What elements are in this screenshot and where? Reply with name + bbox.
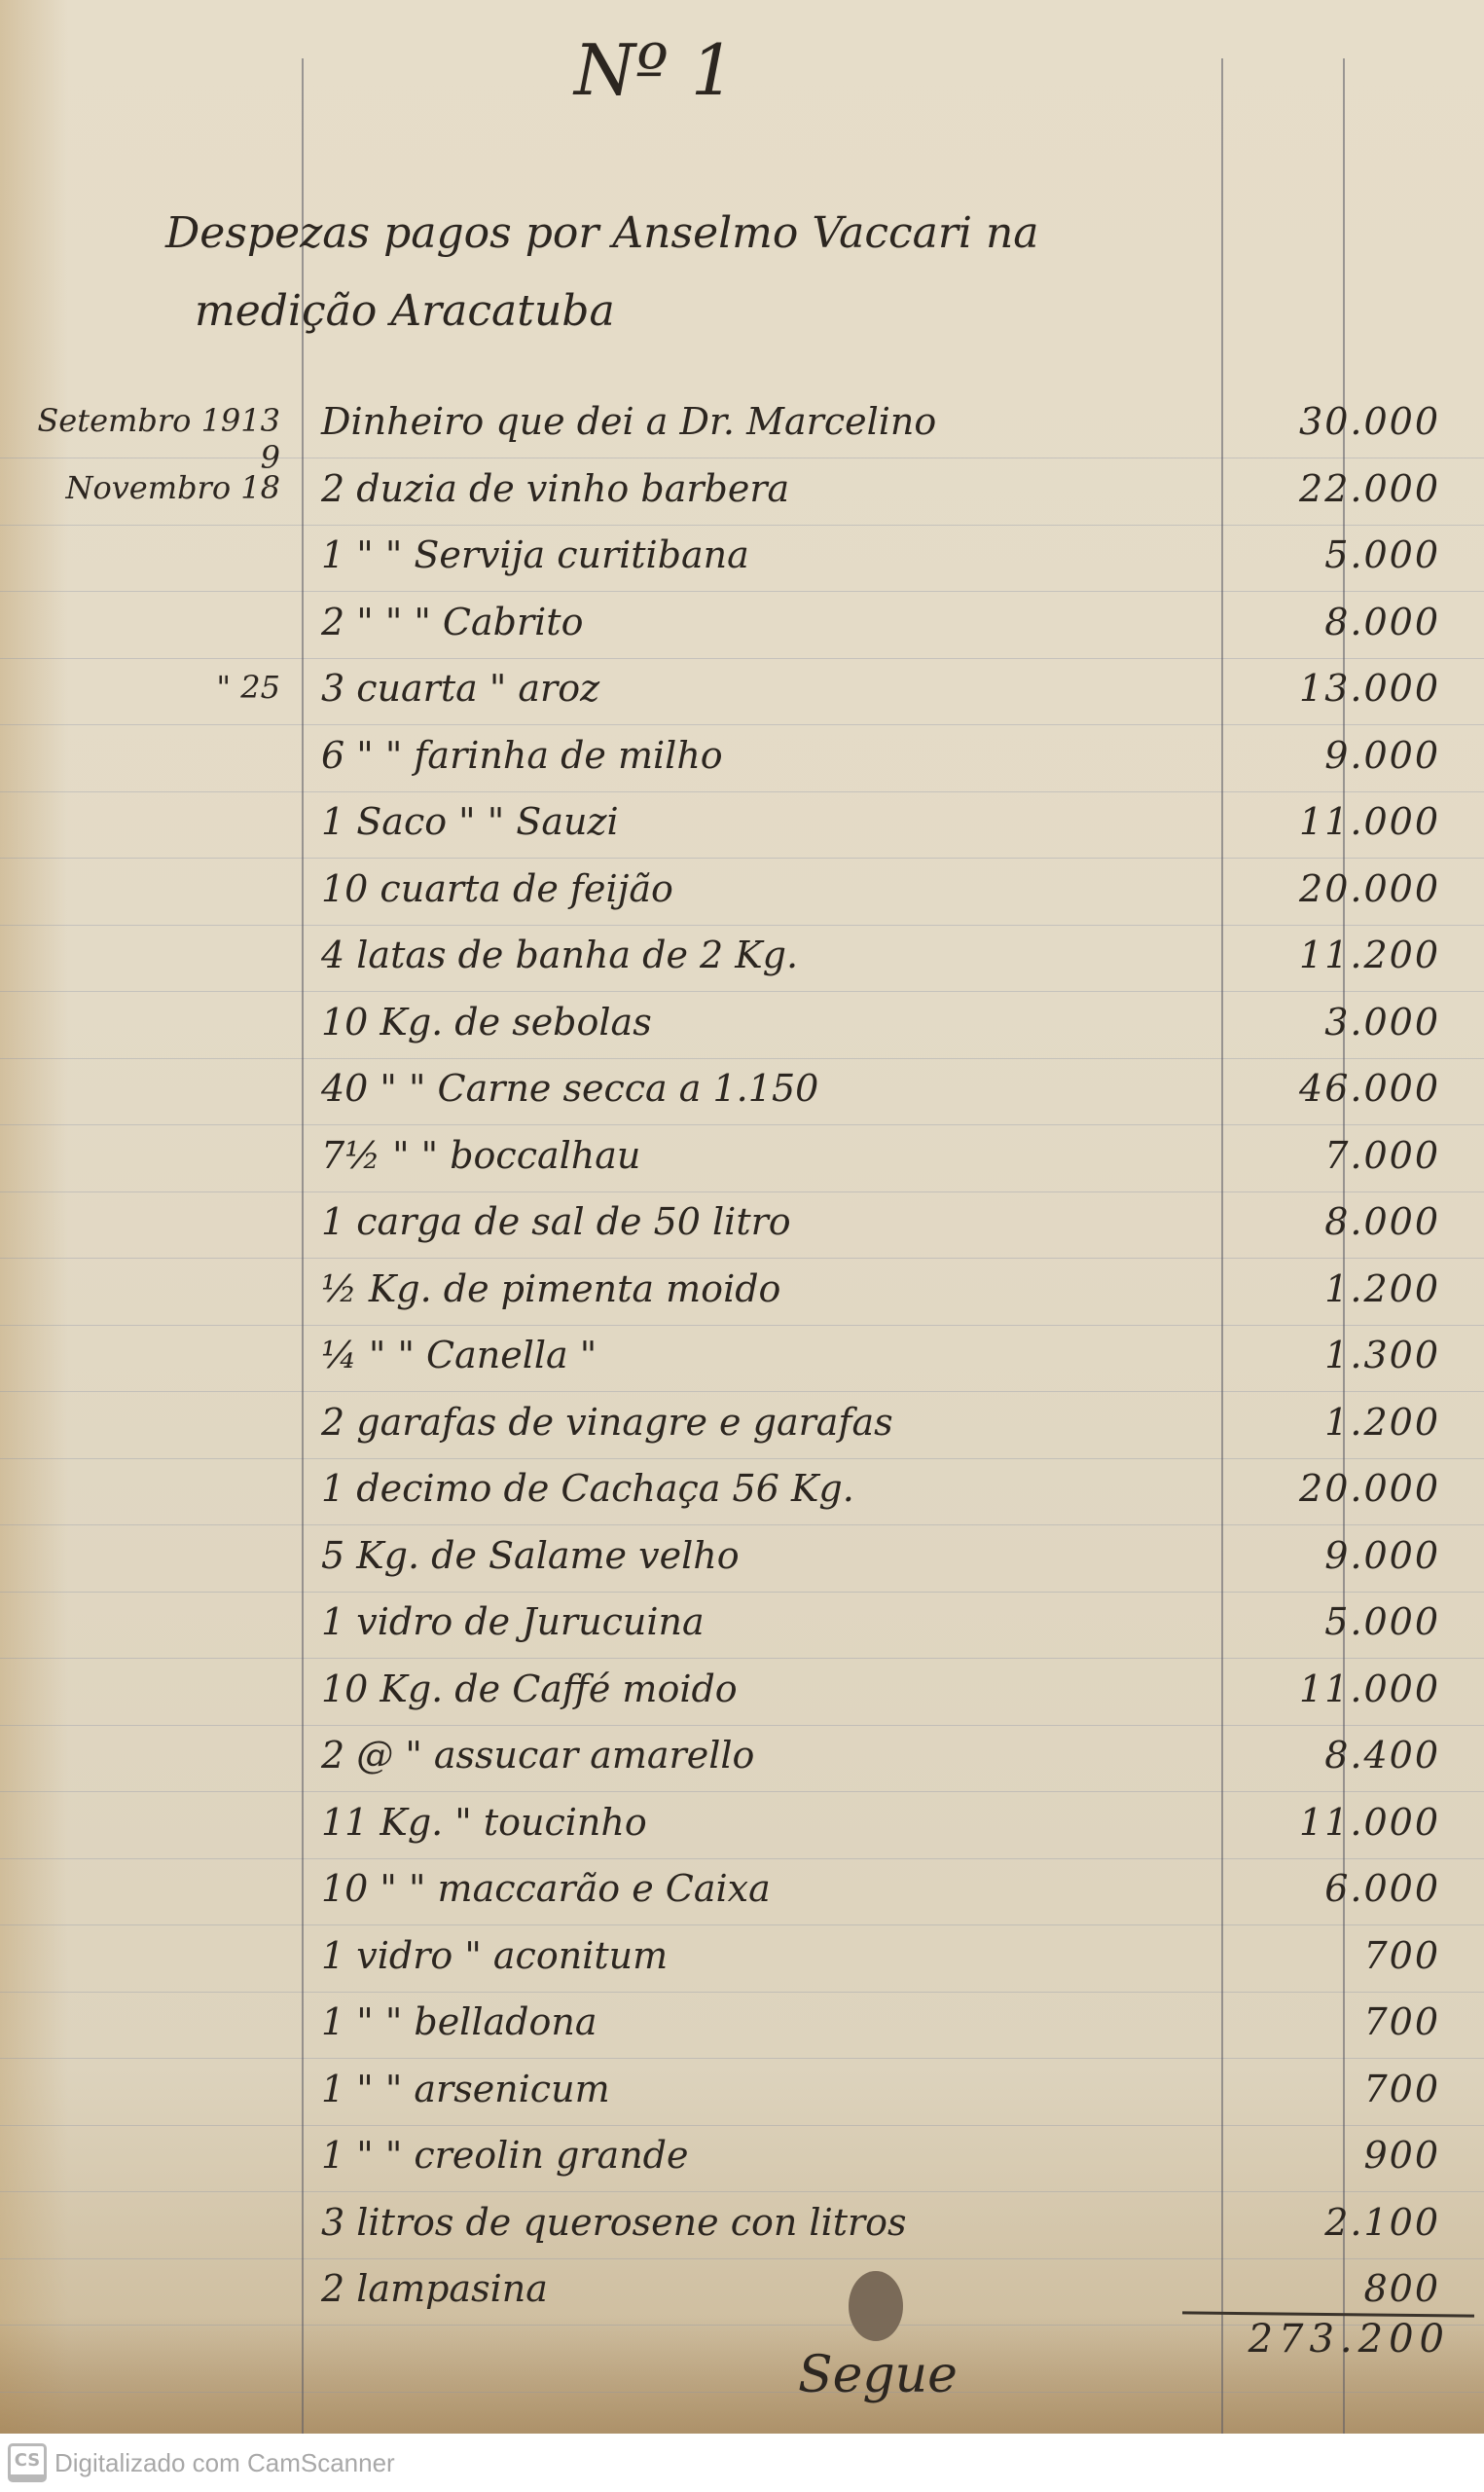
entry-description: ¼ " " Canella " xyxy=(321,1334,1197,1376)
expense-row: 10 cuarta de feijão20.000 xyxy=(0,861,1484,928)
expense-row: 40 " " Carne secca a 1.15046.000 xyxy=(0,1061,1484,1127)
entry-description: 1 decimo de Cachaça 56 Kg. xyxy=(321,1467,1197,1510)
entry-amount: 1.300 xyxy=(1226,1334,1440,1376)
expense-row: 1 " " creolin grande900 xyxy=(0,2128,1484,2194)
entry-description: 2 lampasina xyxy=(321,2267,1197,2310)
document-heading: Despezas pagos por Anselmo Vaccari na me… xyxy=(165,195,1382,350)
ink-blot xyxy=(849,2271,903,2341)
ledger-page: Nº 1 Despezas pagos por Anselmo Vaccari … xyxy=(0,0,1484,2434)
expense-row: 6 " " farinha de milho9.000 xyxy=(0,728,1484,794)
expense-row: 1 Saco " " Sauzi11.000 xyxy=(0,794,1484,861)
entry-date: Novembro 18 xyxy=(18,469,280,506)
entry-description: 10 " " maccarão e Caixa xyxy=(321,1867,1197,1910)
entry-amount: 3.000 xyxy=(1226,1001,1440,1044)
entry-description: 1 carga de sal de 50 litro xyxy=(321,1200,1197,1243)
heading-line-1: Despezas pagos por Anselmo Vaccari na xyxy=(165,195,1382,273)
entry-description: ½ Kg. de pimenta moido xyxy=(321,1267,1197,1310)
expense-row: 5 Kg. de Salame velho9.000 xyxy=(0,1528,1484,1594)
entry-description: 11 Kg. " toucinho xyxy=(321,1801,1197,1844)
entry-amount: 2.100 xyxy=(1226,2201,1440,2244)
expense-row: 11 Kg. " toucinho11.000 xyxy=(0,1795,1484,1861)
expense-row: " 253 cuarta " aroz13.000 xyxy=(0,661,1484,727)
entry-description: 3 litros de querosene con litros xyxy=(321,2201,1197,2244)
entry-description: 1 " " Servija curitibana xyxy=(321,533,1197,576)
entry-description: 2 duzia de vinho barbera xyxy=(321,467,1197,510)
entry-description: 1 " " belladona xyxy=(321,2000,1197,2043)
entry-description: 4 latas de banha de 2 Kg. xyxy=(321,934,1197,976)
entry-amount: 800 xyxy=(1226,2267,1440,2310)
entry-amount: 1.200 xyxy=(1226,1401,1440,1444)
entry-amount: 30.000 xyxy=(1226,400,1440,443)
expense-row: 2 @ " assucar amarello8.400 xyxy=(0,1728,1484,1794)
entry-amount: 8.000 xyxy=(1226,1200,1440,1243)
entry-amount: 9.000 xyxy=(1226,1534,1440,1577)
expense-row: 10 Kg. de sebolas3.000 xyxy=(0,995,1484,1061)
expense-row: 3 litros de querosene con litros2.100 xyxy=(0,2195,1484,2261)
entry-amount: 11.200 xyxy=(1226,934,1440,976)
entry-amount: 11.000 xyxy=(1226,800,1440,843)
expense-row: ½ Kg. de pimenta moido1.200 xyxy=(0,1262,1484,1328)
document-number: Nº 1 xyxy=(574,29,736,111)
expense-row: 10 Kg. de Caffé moido11.000 xyxy=(0,1662,1484,1728)
entry-amount: 8.000 xyxy=(1226,601,1440,643)
entry-description: 1 vidro " aconitum xyxy=(321,1934,1197,1977)
entry-description: 7½ " " boccalhau xyxy=(321,1134,1197,1177)
expense-row: 1 decimo de Cachaça 56 Kg.20.000 xyxy=(0,1461,1484,1527)
entry-description: Dinheiro que dei a Dr. Marcelino xyxy=(321,400,1197,443)
entry-amount: 11.000 xyxy=(1226,1667,1440,1710)
entry-amount: 6.000 xyxy=(1226,1867,1440,1910)
entry-description: 3 cuarta " aroz xyxy=(321,667,1197,710)
expense-row: ¼ " " Canella "1.300 xyxy=(0,1328,1484,1394)
camscanner-logo-icon: CS xyxy=(8,2443,47,2482)
entry-amount: 700 xyxy=(1226,2000,1440,2043)
entry-description: 1 Saco " " Sauzi xyxy=(321,800,1197,843)
heading-line-2: medição Aracatuba xyxy=(165,273,1382,350)
entry-amount: 9.000 xyxy=(1226,734,1440,777)
entry-amount: 20.000 xyxy=(1226,867,1440,910)
expense-row: Setembro 1913 9Dinheiro que dei a Dr. Ma… xyxy=(0,394,1484,460)
entry-amount: 5.000 xyxy=(1226,1600,1440,1643)
entry-amount: 11.000 xyxy=(1226,1801,1440,1844)
entry-amount: 7.000 xyxy=(1226,1134,1440,1177)
expense-row: Novembro 182 duzia de vinho barbera22.00… xyxy=(0,461,1484,528)
entry-amount: 13.000 xyxy=(1226,667,1440,710)
signature: Segue xyxy=(798,2346,958,2404)
entry-description: 1 vidro de Jurucuina xyxy=(321,1600,1197,1643)
expense-row: 7½ " " boccalhau7.000 xyxy=(0,1128,1484,1194)
scanner-watermark: CS Digitalizado com CamScanner xyxy=(8,2438,395,2487)
entry-description: 10 cuarta de feijão xyxy=(321,867,1197,910)
entry-description: 6 " " farinha de milho xyxy=(321,734,1197,777)
expense-row: 1 " " belladona700 xyxy=(0,1995,1484,2061)
expense-row: 2 " " " Cabrito8.000 xyxy=(0,595,1484,661)
expense-row: 1 carga de sal de 50 litro8.000 xyxy=(0,1194,1484,1261)
watermark-text: Digitalizado com CamScanner xyxy=(54,2448,395,2478)
entry-amount: 1.200 xyxy=(1226,1267,1440,1310)
entry-description: 1 " " creolin grande xyxy=(321,2134,1197,2177)
entry-description: 2 @ " assucar amarello xyxy=(321,1734,1197,1777)
expense-row: 1 vidro " aconitum700 xyxy=(0,1928,1484,1995)
entry-amount: 20.000 xyxy=(1226,1467,1440,1510)
expense-row: 4 latas de banha de 2 Kg.11.200 xyxy=(0,928,1484,994)
total-amount: 273.200 xyxy=(1226,2317,1450,2362)
entry-amount: 8.400 xyxy=(1226,1734,1440,1777)
entry-amount: 22.000 xyxy=(1226,467,1440,510)
entry-amount: 700 xyxy=(1226,2068,1440,2110)
entry-description: 10 Kg. de sebolas xyxy=(321,1001,1197,1044)
entry-description: 2 garafas de vinagre e garafas xyxy=(321,1401,1197,1444)
entry-description: 2 " " " Cabrito xyxy=(321,601,1197,643)
entry-description: 1 " " arsenicum xyxy=(321,2068,1197,2110)
expense-row: 1 vidro de Jurucuina5.000 xyxy=(0,1594,1484,1661)
ruled-line xyxy=(0,2392,1484,2393)
entry-amount: 5.000 xyxy=(1226,533,1440,576)
entry-description: 10 Kg. de Caffé moido xyxy=(321,1667,1197,1710)
entry-amount: 46.000 xyxy=(1226,1067,1440,1110)
expense-row: 1 " " arsenicum700 xyxy=(0,2062,1484,2128)
expense-row: 2 garafas de vinagre e garafas1.200 xyxy=(0,1395,1484,1461)
entry-description: 5 Kg. de Salame velho xyxy=(321,1534,1197,1577)
entry-amount: 700 xyxy=(1226,1934,1440,1977)
entry-amount: 900 xyxy=(1226,2134,1440,2177)
expense-row: 1 " " Servija curitibana5.000 xyxy=(0,528,1484,594)
entry-date: " 25 xyxy=(18,669,280,706)
entry-description: 40 " " Carne secca a 1.150 xyxy=(321,1067,1197,1110)
expense-row: 10 " " maccarão e Caixa6.000 xyxy=(0,1861,1484,1927)
